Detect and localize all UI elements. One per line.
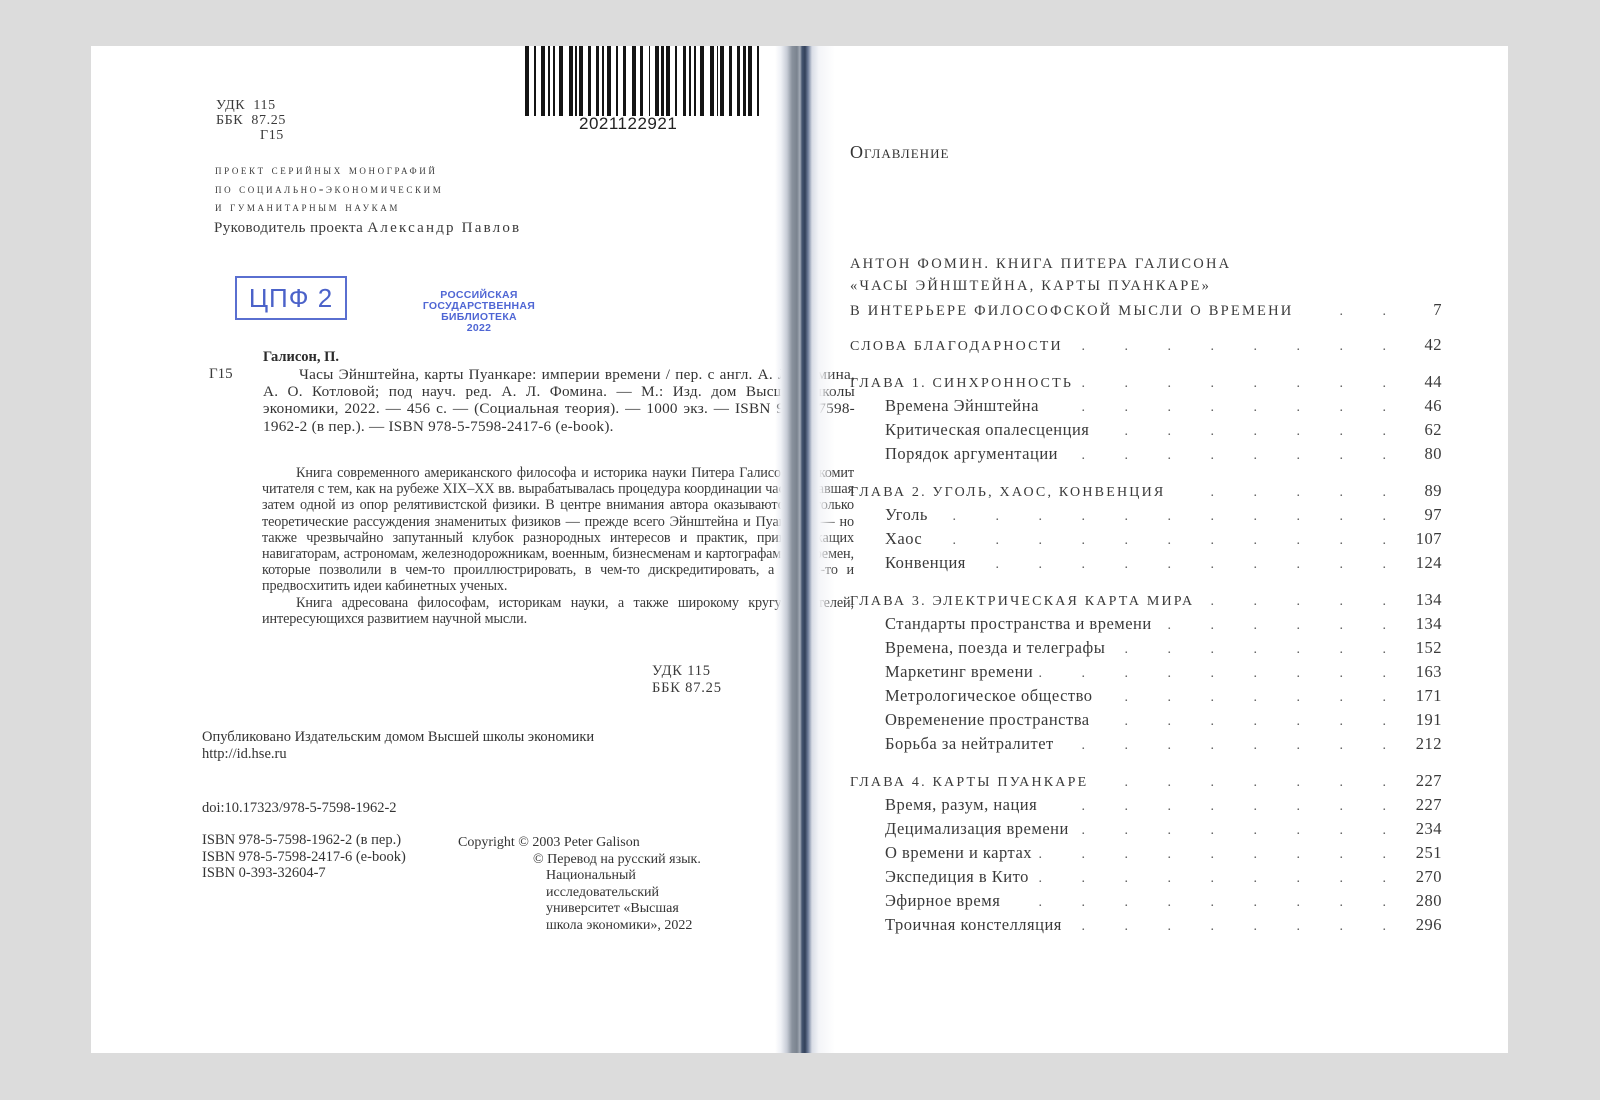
barcode-number: 2021122921 [579, 114, 677, 134]
toc-entry-title: О времени и картах [850, 843, 1032, 863]
toc-page-number: 107 [1410, 529, 1442, 549]
toc-entry-title: Порядок аргументации [850, 444, 1058, 464]
book-gutter [775, 46, 835, 1053]
bbk-label: ББК [216, 113, 243, 128]
toc-chapter-group: Глава 2. Уголь, хаос, конвенция. . . . .… [850, 481, 1442, 577]
toc-page-number: 44 [1410, 372, 1442, 392]
toc-intro-line: «Часы Эйнштейна, карты Пуанкаре» [850, 278, 1442, 300]
toc-entry-title: Борьба за нейтралитет [850, 734, 1054, 754]
leader-dots: . . . . . . . . . . . . . . . . . . . . … [1043, 799, 1404, 815]
toc-section[interactable]: Троичная констелляция. . . . . . . . . .… [850, 915, 1442, 939]
catalog-udk: УДК 115 [652, 663, 722, 680]
leader-name: Александр Павлов [367, 220, 521, 236]
leader-dots: . . . . . . . . . . . . . . . . . . . . … [1095, 424, 1404, 440]
leader-dots: . . . . . . . . . . . . . . . . . . . . … [1064, 448, 1404, 464]
author-mark: Г15 [216, 128, 286, 143]
toc-page-number: 212 [1410, 734, 1442, 754]
toc-entry-title: Троичная констелляция [850, 915, 1062, 935]
leader-prefix: Руководитель проекта [214, 220, 363, 236]
toc-chapter[interactable]: Слова благодарности. . . . . . . . . . .… [850, 335, 1442, 359]
toc-page-number: 227 [1410, 771, 1442, 791]
toc-page-number: 171 [1410, 686, 1442, 706]
catalog-side-mark: Г15 [209, 366, 233, 383]
toc-section[interactable]: Экспедиция в Кито. . . . . . . . . . . .… [850, 867, 1442, 891]
leader-dots: . . . . . . . . . . . . . . . . . . . . … [1079, 376, 1404, 392]
toc-section[interactable]: Борьба за нейтралитет. . . . . . . . . .… [850, 734, 1442, 758]
leader-dots: . . . . . . . . . . . . . . . . . . . . … [1075, 823, 1404, 839]
toc-page-number: 296 [1410, 915, 1442, 935]
isbn-item: ISBN 978-5-7598-2417-6 (e-book) [202, 849, 406, 866]
toc-section[interactable]: Критическая опалесценция. . . . . . . . … [850, 420, 1442, 444]
toc-entry-title: Время, разум, нация [850, 795, 1037, 815]
toc-entry-title: Уголь [850, 505, 928, 525]
toc-chapter[interactable]: Глава 2. Уголь, хаос, конвенция. . . . .… [850, 481, 1442, 505]
toc-page-number: 124 [1410, 553, 1442, 573]
leader-dots: . . . . . . . . . . . . . . . . . . . . … [934, 509, 1404, 525]
toc-entry-title: Хаос [850, 529, 922, 549]
leader-dots: . . . . . . . . . . . . . . . . . . . . … [1094, 775, 1404, 791]
toc-page-number: 280 [1410, 891, 1442, 911]
toc-page-number: 134 [1410, 590, 1442, 610]
toc-section[interactable]: Порядок аргументации. . . . . . . . . . … [850, 444, 1442, 468]
copyright-holder-line: школа экономики», 2022 [458, 918, 701, 935]
toc-section[interactable]: Конвенция. . . . . . . . . . . . . . . .… [850, 553, 1442, 577]
udk-value: 115 [253, 98, 275, 113]
leader-dots: . . . . . . . . . . . . . . . . . . . . … [972, 557, 1404, 573]
toc-intro-text: «Часы Эйнштейна, карты Пуанкаре» [850, 278, 1211, 295]
series-line: Проект серийных монографий [215, 161, 443, 180]
toc-chapter[interactable]: Глава 4. Карты Пуанкаре. . . . . . . . .… [850, 771, 1442, 795]
toc-section[interactable]: Маркетинг времени. . . . . . . . . . . .… [850, 662, 1442, 686]
leader-dots: . . . . . . . . . . . . . . . . . . . . … [1038, 847, 1404, 863]
toc-entry-title: Маркетинг времени [850, 662, 1033, 682]
leader-dots: . . . . . . . . . . . . . . . . . . . . … [1111, 642, 1404, 658]
toc-page-number: 62 [1410, 420, 1442, 440]
publisher-url: http://id.hse.ru [202, 746, 594, 763]
toc-chapter-group: Глава 3. Электрическая карта мира. . . .… [850, 590, 1442, 758]
toc-entry-title: Конвенция [850, 553, 966, 573]
table-of-contents: Антон Фомин. Книга Питера Галисона «Часы… [850, 256, 1442, 952]
toc-entry-title: Овременение пространства [850, 710, 1090, 730]
toc-entry-title: Эфирное время [850, 891, 1000, 911]
leader-dots: . . . . . . . . . . . . . . . . . . . . … [1158, 618, 1404, 634]
toc-entry-title: Критическая опалесценция [850, 420, 1089, 440]
bibliographic-text: Часы Эйнштейна, карты Пуанкаре: империи … [263, 366, 855, 435]
book-spread: УДК 115 ББК 87.25 Г15 2021122921 Проект … [91, 46, 1508, 1053]
toc-title: Оглавление [850, 142, 949, 163]
toc-page-number: 134 [1410, 614, 1442, 634]
catalog-codes: УДК 115 ББК 87.25 [652, 663, 722, 697]
toc-entry-title: Глава 1. Синхронность [850, 376, 1073, 392]
toc-page-number: 46 [1410, 396, 1442, 416]
barcode-icon [525, 46, 765, 116]
project-leader: Руководитель проекта Александр Павлов [214, 220, 521, 237]
classification-codes: УДК 115 ББК 87.25 Г15 [216, 98, 286, 143]
toc-entry-title: Слова благодарности [850, 339, 1063, 355]
abstract-paragraph: Книга современного американского философ… [262, 465, 854, 595]
toc-entry-title: Глава 4. Карты Пуанкаре [850, 775, 1088, 791]
toc-intro-text: в интерьере философской мысли о времени [850, 303, 1293, 320]
book-abstract: Книга современного американского философ… [262, 465, 854, 627]
copyright-holder-line: Национальный [458, 868, 701, 885]
toc-chapter-group: Слова благодарности. . . . . . . . . . .… [850, 335, 1442, 359]
leader-dots: . . . . . . . . . . . . . . . . . . . . … [928, 533, 1404, 549]
toc-section[interactable]: Овременение пространства. . . . . . . . … [850, 710, 1442, 734]
copyright-holder-line: университет «Высшая [458, 901, 701, 918]
toc-chapter[interactable]: Глава 3. Электрическая карта мира. . . .… [850, 590, 1442, 614]
toc-entry-title: Времена Эйнштейна [850, 396, 1039, 416]
toc-entry-title: Глава 2. Уголь, хаос, конвенция [850, 485, 1165, 501]
publisher-line: Опубликовано Издательским домом Высшей ш… [202, 729, 594, 746]
cpf-stamp: ЦПФ 2 [235, 276, 347, 320]
doi: doi:10.17323/978-5-7598-1962-2 [202, 800, 397, 817]
toc-page-number: 152 [1410, 638, 1442, 658]
abstract-paragraph: Книга адресована философам, историкам на… [262, 595, 854, 627]
leader-dots: . . . . . . . . . . . . . . . . . . . . … [1045, 400, 1404, 416]
copyright-notice: Copyright © 2003 Peter Galison © Перевод… [458, 835, 701, 934]
toc-page-number: 42 [1410, 335, 1442, 355]
toc-page-number: 80 [1410, 444, 1442, 464]
toc-section[interactable]: Времена, поезда и телеграфы. . . . . . .… [850, 638, 1442, 662]
toc-page-number: 191 [1410, 710, 1442, 730]
isbn-item: ISBN 0-393-32604-7 [202, 865, 406, 882]
leader-dots: . . . . . . . . . . . . . . . . . . . . … [1006, 895, 1404, 911]
series-line: по социально-экономическим [215, 180, 443, 199]
copyright-translation: © Перевод на русский язык. [458, 852, 701, 869]
isbn-list: ISBN 978-5-7598-1962-2 (в пер.) ISBN 978… [202, 832, 406, 882]
bbk-value: 87.25 [251, 113, 286, 128]
toc-page-number: 89 [1410, 481, 1442, 501]
toc-chapter-group: Глава 4. Карты Пуанкаре. . . . . . . . .… [850, 771, 1442, 939]
leader-dots: . . . . . . . . . . . . . . . . . . . . … [1200, 594, 1404, 610]
toc-page-number: 234 [1410, 819, 1442, 839]
toc-section[interactable]: О времени и картах. . . . . . . . . . . … [850, 843, 1442, 867]
toc-intro: Антон Фомин. Книга Питера Галисона «Часы… [850, 256, 1442, 322]
udk-label: УДК [216, 98, 245, 113]
toc-page-number: 7 [1410, 300, 1442, 320]
library-stamp: РОССИЙСКАЯ ГОСУДАРСТВЕННАЯ БИБЛИОТЕКА 20… [409, 290, 549, 334]
toc-entry-title: Времена, поезда и телеграфы [850, 638, 1105, 658]
catalog-author: Галисон, П. [263, 349, 339, 366]
leader-dots: . . . . . . . . . . . . . . . . . . . . … [1035, 871, 1404, 887]
toc-chapter[interactable]: Глава 1. Синхронность. . . . . . . . . .… [850, 372, 1442, 396]
publisher-info: Опубликовано Издательским домом Высшей ш… [202, 729, 594, 763]
leader-dots: . . . . . . . . . . . . . . . . . . . . … [1069, 339, 1404, 355]
toc-entry-title: Экспедиция в Кито [850, 867, 1029, 887]
toc-section[interactable]: Времена Эйнштейна. . . . . . . . . . . .… [850, 396, 1442, 420]
toc-entry-title: Децимализация времени [850, 819, 1069, 839]
toc-section[interactable]: Время, разум, нация. . . . . . . . . . .… [850, 795, 1442, 819]
toc-entry-title: Стандарты пространства и времени [850, 614, 1152, 634]
leader-dots: . . . . . . . . . . . . . . . . . . . . … [1099, 690, 1404, 706]
leader-dots: . . . . . . . . . . . . . . . . . . . . … [1068, 919, 1404, 935]
series-title: Проект серийных монографий по социально-… [215, 161, 443, 217]
toc-section[interactable]: Стандарты пространства и времени. . . . … [850, 614, 1442, 638]
copyright-line: Copyright © 2003 Peter Galison [458, 835, 701, 852]
toc-section[interactable]: Уголь. . . . . . . . . . . . . . . . . .… [850, 505, 1442, 529]
leader-dots: . . . . . . . . . . . . . . . . . . . . … [1096, 714, 1404, 730]
toc-intro-text: Антон Фомин. Книга Питера Галисона [850, 256, 1231, 273]
isbn-item: ISBN 978-5-7598-1962-2 (в пер.) [202, 832, 406, 849]
catalog-bbk: ББК 87.25 [652, 680, 722, 697]
toc-chapter-group: Глава 1. Синхронность. . . . . . . . . .… [850, 372, 1442, 468]
copyright-holder-line: исследовательский [458, 885, 701, 902]
toc-section[interactable]: Хаос. . . . . . . . . . . . . . . . . . … [850, 529, 1442, 553]
toc-section[interactable]: Децимализация времени. . . . . . . . . .… [850, 819, 1442, 843]
leader-dots: . . . . . . . . . . . . . . . . . . . . … [1060, 738, 1404, 754]
library-stamp-line: 2022 [409, 323, 549, 334]
toc-entry-title: Метрологическое общество [850, 686, 1093, 706]
toc-intro-line[interactable]: в интерьере философской мысли о времени … [850, 300, 1442, 322]
toc-page-number: 97 [1410, 505, 1442, 525]
toc-page-number: 163 [1410, 662, 1442, 682]
toc-entry-title: Глава 3. Электрическая карта мира [850, 594, 1194, 610]
toc-intro-line: Антон Фомин. Книга Питера Галисона [850, 256, 1442, 278]
leader-dots: . . . . . . . . . . . . . . . . . . . . … [1299, 304, 1404, 320]
toc-section[interactable]: Эфирное время. . . . . . . . . . . . . .… [850, 891, 1442, 915]
leader-dots: . . . . . . . . . . . . . . . . . . . . … [1171, 485, 1404, 501]
toc-section[interactable]: Метрологическое общество. . . . . . . . … [850, 686, 1442, 710]
toc-page-number: 227 [1410, 795, 1442, 815]
leader-dots: . . . . . . . . . . . . . . . . . . . . … [1039, 666, 1404, 682]
toc-page-number: 251 [1410, 843, 1442, 863]
series-line: и гуманитарным наукам [215, 198, 443, 217]
bibliographic-entry: Часы Эйнштейна, карты Пуанкаре: империи … [263, 366, 855, 435]
toc-page-number: 270 [1410, 867, 1442, 887]
